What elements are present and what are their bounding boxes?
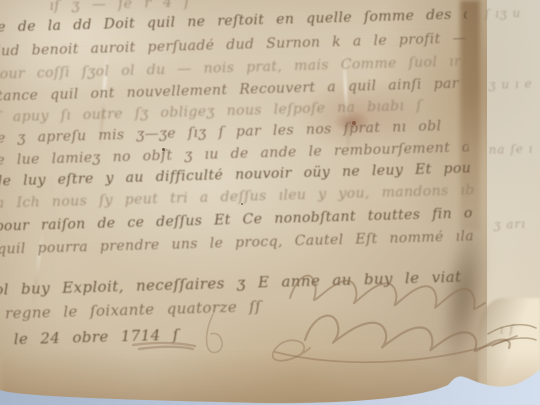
- showthrough-text: ſ ıʒ u: [485, 7, 522, 20]
- manuscript-photo: ıſ ʒ — ſe r 4 ſ ye de la dd Doit quil ne…: [0, 0, 540, 405]
- signature-flourish-2: [305, 316, 510, 352]
- showthrough-text: ʒ u ı e: [489, 78, 533, 91]
- date-underline-flourish: [133, 343, 195, 349]
- parchment-page: ıſ ʒ — ſe r 4 ſ ye de la dd Doit quil ne…: [0, 0, 540, 405]
- signature-flourish-1: [290, 276, 485, 309]
- flourish-descender: [207, 314, 223, 353]
- showthrough-text: na ſe ı: [488, 143, 533, 156]
- showthrough-text: ʒ arı: [494, 218, 527, 231]
- bottom-edge-shading: [0, 352, 540, 405]
